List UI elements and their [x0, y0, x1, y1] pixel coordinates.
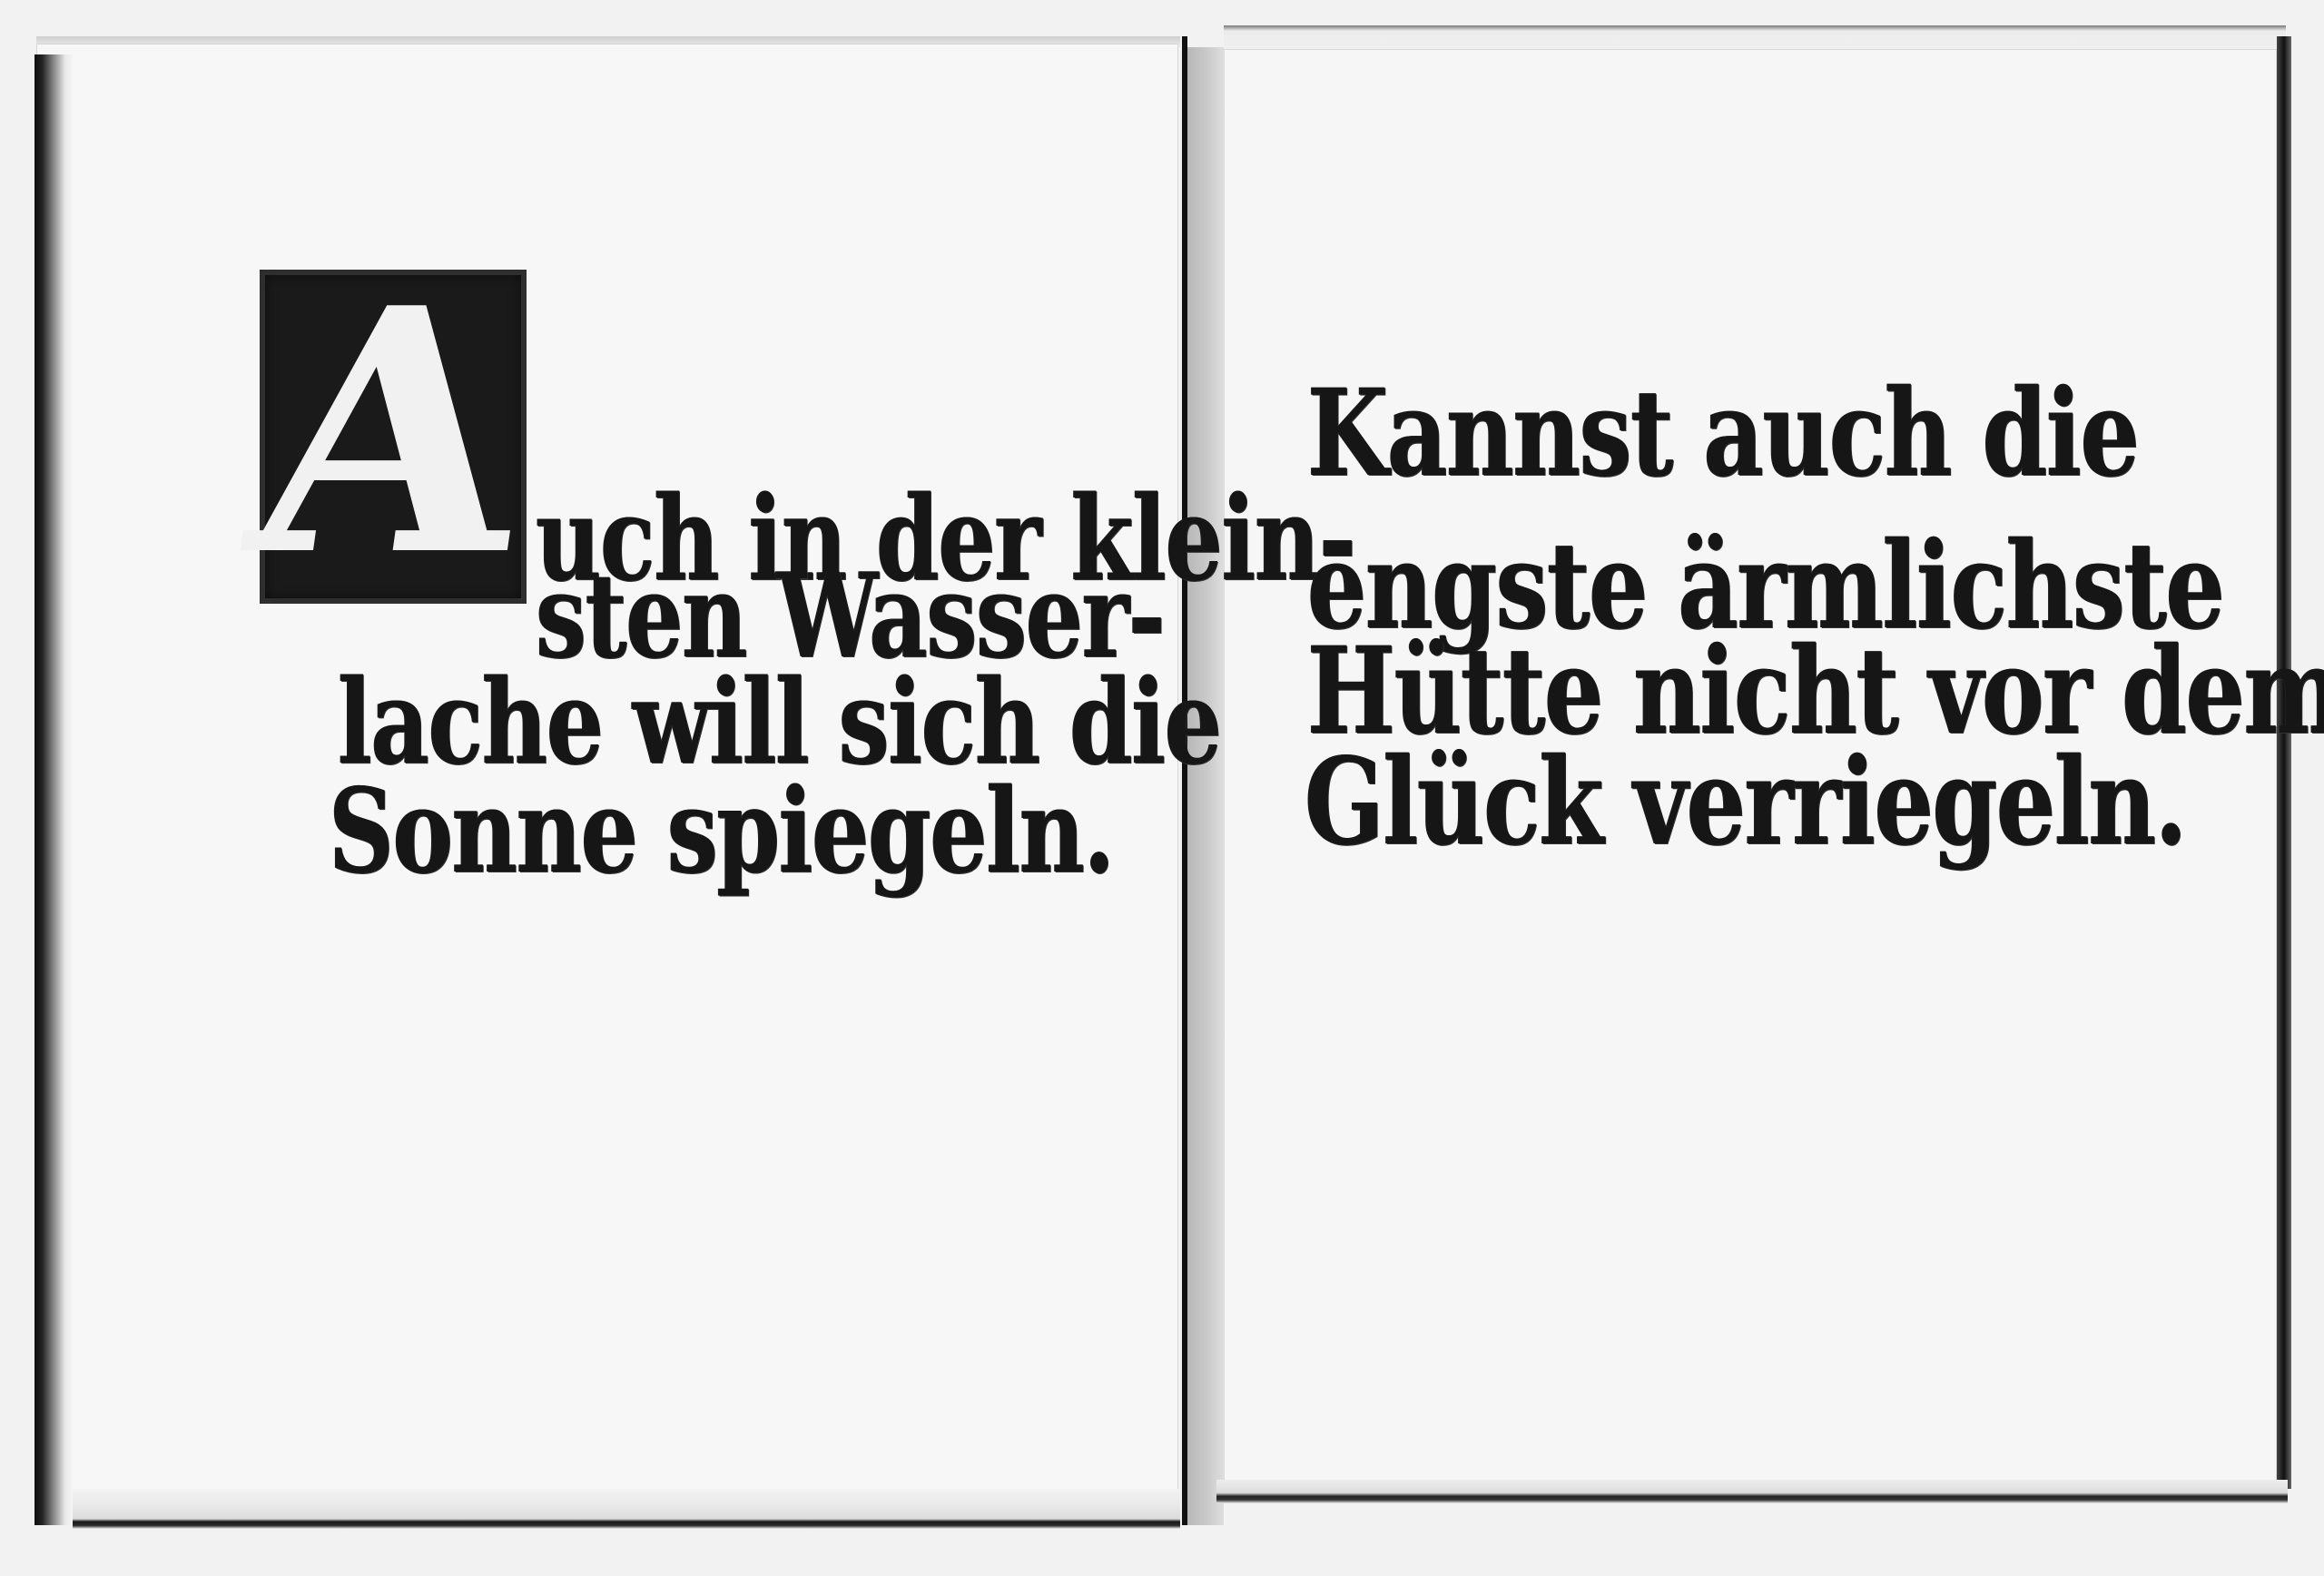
right-text-line-4: Glück verriegeln.: [1305, 743, 2186, 862]
right-cover-edge: [2277, 36, 2291, 1489]
left-page-bottom-edge: [73, 1489, 1180, 1529]
drop-cap-woodcut: A: [260, 270, 527, 604]
drop-cap-letter: A: [236, 242, 550, 576]
right-text-line-1: Kannst auch die: [1307, 374, 2138, 494]
left-cover-edge: [34, 54, 73, 1525]
left-text-line-4: Sonne spiegeln.: [329, 773, 1114, 890]
right-page-bottom-edge: [1216, 1480, 2288, 1503]
open-book: A uch in der klein- sten Wasser- lache w…: [0, 0, 2324, 1576]
